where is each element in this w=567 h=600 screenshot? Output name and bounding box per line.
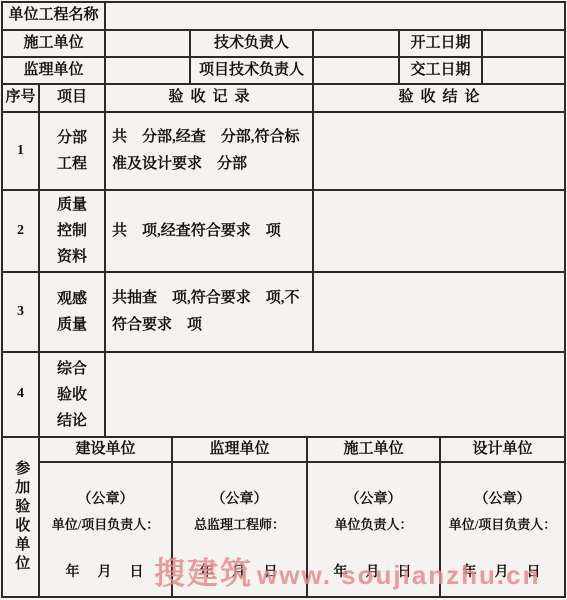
row-record: 共 分部,经查 分部,符合标准及设计要求 分部 — [105, 112, 313, 190]
row-item-line: 观感 — [57, 286, 87, 312]
start-date-label: 开工日期 — [399, 30, 482, 57]
signer-label: 单位/项目负责人： — [449, 517, 557, 534]
row-record: 共 项,经查符合要求 项 — [105, 190, 313, 272]
row-item-line: 验收 — [57, 382, 87, 408]
participant-unit-header-construction-owner: 建设单位 — [39, 437, 172, 462]
row-record: 共抽查 项,符合要求 项,不符合要求 项 — [105, 272, 313, 352]
row-item: 综合 验收 结论 — [39, 352, 105, 437]
row-item-line: 综合 — [57, 356, 87, 382]
project-technical-director-label: 项目技术负责人 — [190, 57, 313, 84]
col-header-no: 序号 — [2, 84, 39, 112]
col-header-item: 项目 — [39, 84, 105, 112]
row-number: 1 — [2, 112, 39, 190]
row-item-line: 质量 — [57, 192, 87, 218]
date-label: 年 月 日 — [200, 564, 280, 582]
participant-unit-header-contractor: 施工单位 — [307, 437, 440, 462]
technical-director-label: 技术负责人 — [190, 30, 313, 57]
row-conclusion — [313, 190, 565, 272]
date-label: 年 月 日 — [463, 564, 543, 582]
completion-date-value — [482, 57, 565, 84]
signer-label: 单位/项目负责人： — [52, 517, 160, 534]
seal-label: （公章） — [212, 491, 268, 509]
col-header-record: 验收记录 — [105, 84, 313, 112]
row-item-line: 资料 — [57, 244, 87, 270]
signer-label: 单位负责人： — [334, 517, 412, 534]
row-item-line: 工程 — [57, 151, 87, 177]
row-number: 3 — [2, 272, 39, 352]
seal-label: （公章） — [475, 491, 531, 509]
signature-cell-owner: （公章） 单位/项目负责人： 年 月 日 — [39, 462, 172, 597]
project-technical-director-value — [313, 57, 399, 84]
technical-director-value — [313, 30, 399, 57]
row-item: 质量 控制 资料 — [39, 190, 105, 272]
row-item-line: 质量 — [57, 312, 87, 338]
col-header-conclusion: 验收结论 — [313, 84, 565, 112]
row-number: 2 — [2, 190, 39, 272]
seal-label: （公章） — [78, 491, 134, 509]
construction-unit-value — [105, 30, 190, 57]
acceptance-form-sheet: 单位工程名称 施工单位 技术负责人 开工日期 监理单位 项目技术负责人 交工日期… — [0, 0, 567, 600]
row-number: 4 — [2, 352, 39, 437]
row-item: 观感 质量 — [39, 272, 105, 352]
row-item-line: 分部 — [57, 125, 87, 151]
participant-unit-header-supervision: 监理单位 — [172, 437, 307, 462]
date-label: 年 月 日 — [66, 564, 146, 582]
signature-cell-supervision: （公章） 总监理工程师： 年 月 日 — [172, 462, 307, 597]
completion-date-label: 交工日期 — [399, 57, 482, 84]
row-item-line: 控制 — [57, 218, 87, 244]
row-record-merged — [105, 352, 565, 437]
date-label: 年 月 日 — [334, 564, 414, 582]
row-item-line: 结论 — [57, 408, 87, 434]
start-date-value — [482, 30, 565, 57]
construction-unit-label: 施工单位 — [2, 30, 105, 57]
participants-title-text: 参加验收单位 — [11, 460, 31, 574]
signature-cell-contractor: （公章） 单位负责人： 年 月 日 — [307, 462, 440, 597]
signature-cell-design: （公章） 单位/项目负责人： 年 月 日 — [440, 462, 565, 597]
unit-project-name-value — [105, 2, 565, 30]
participants-title: 参加验收单位 — [2, 437, 39, 597]
row-conclusion — [313, 272, 565, 352]
seal-label: （公章） — [346, 491, 402, 509]
signer-label: 总监理工程师： — [194, 517, 285, 534]
row-conclusion — [313, 112, 565, 190]
participant-unit-header-design: 设计单位 — [440, 437, 565, 462]
supervision-unit-value — [105, 57, 190, 84]
row-item: 分部 工程 — [39, 112, 105, 190]
unit-project-name-label: 单位工程名称 — [2, 2, 105, 30]
supervision-unit-label: 监理单位 — [2, 57, 105, 84]
